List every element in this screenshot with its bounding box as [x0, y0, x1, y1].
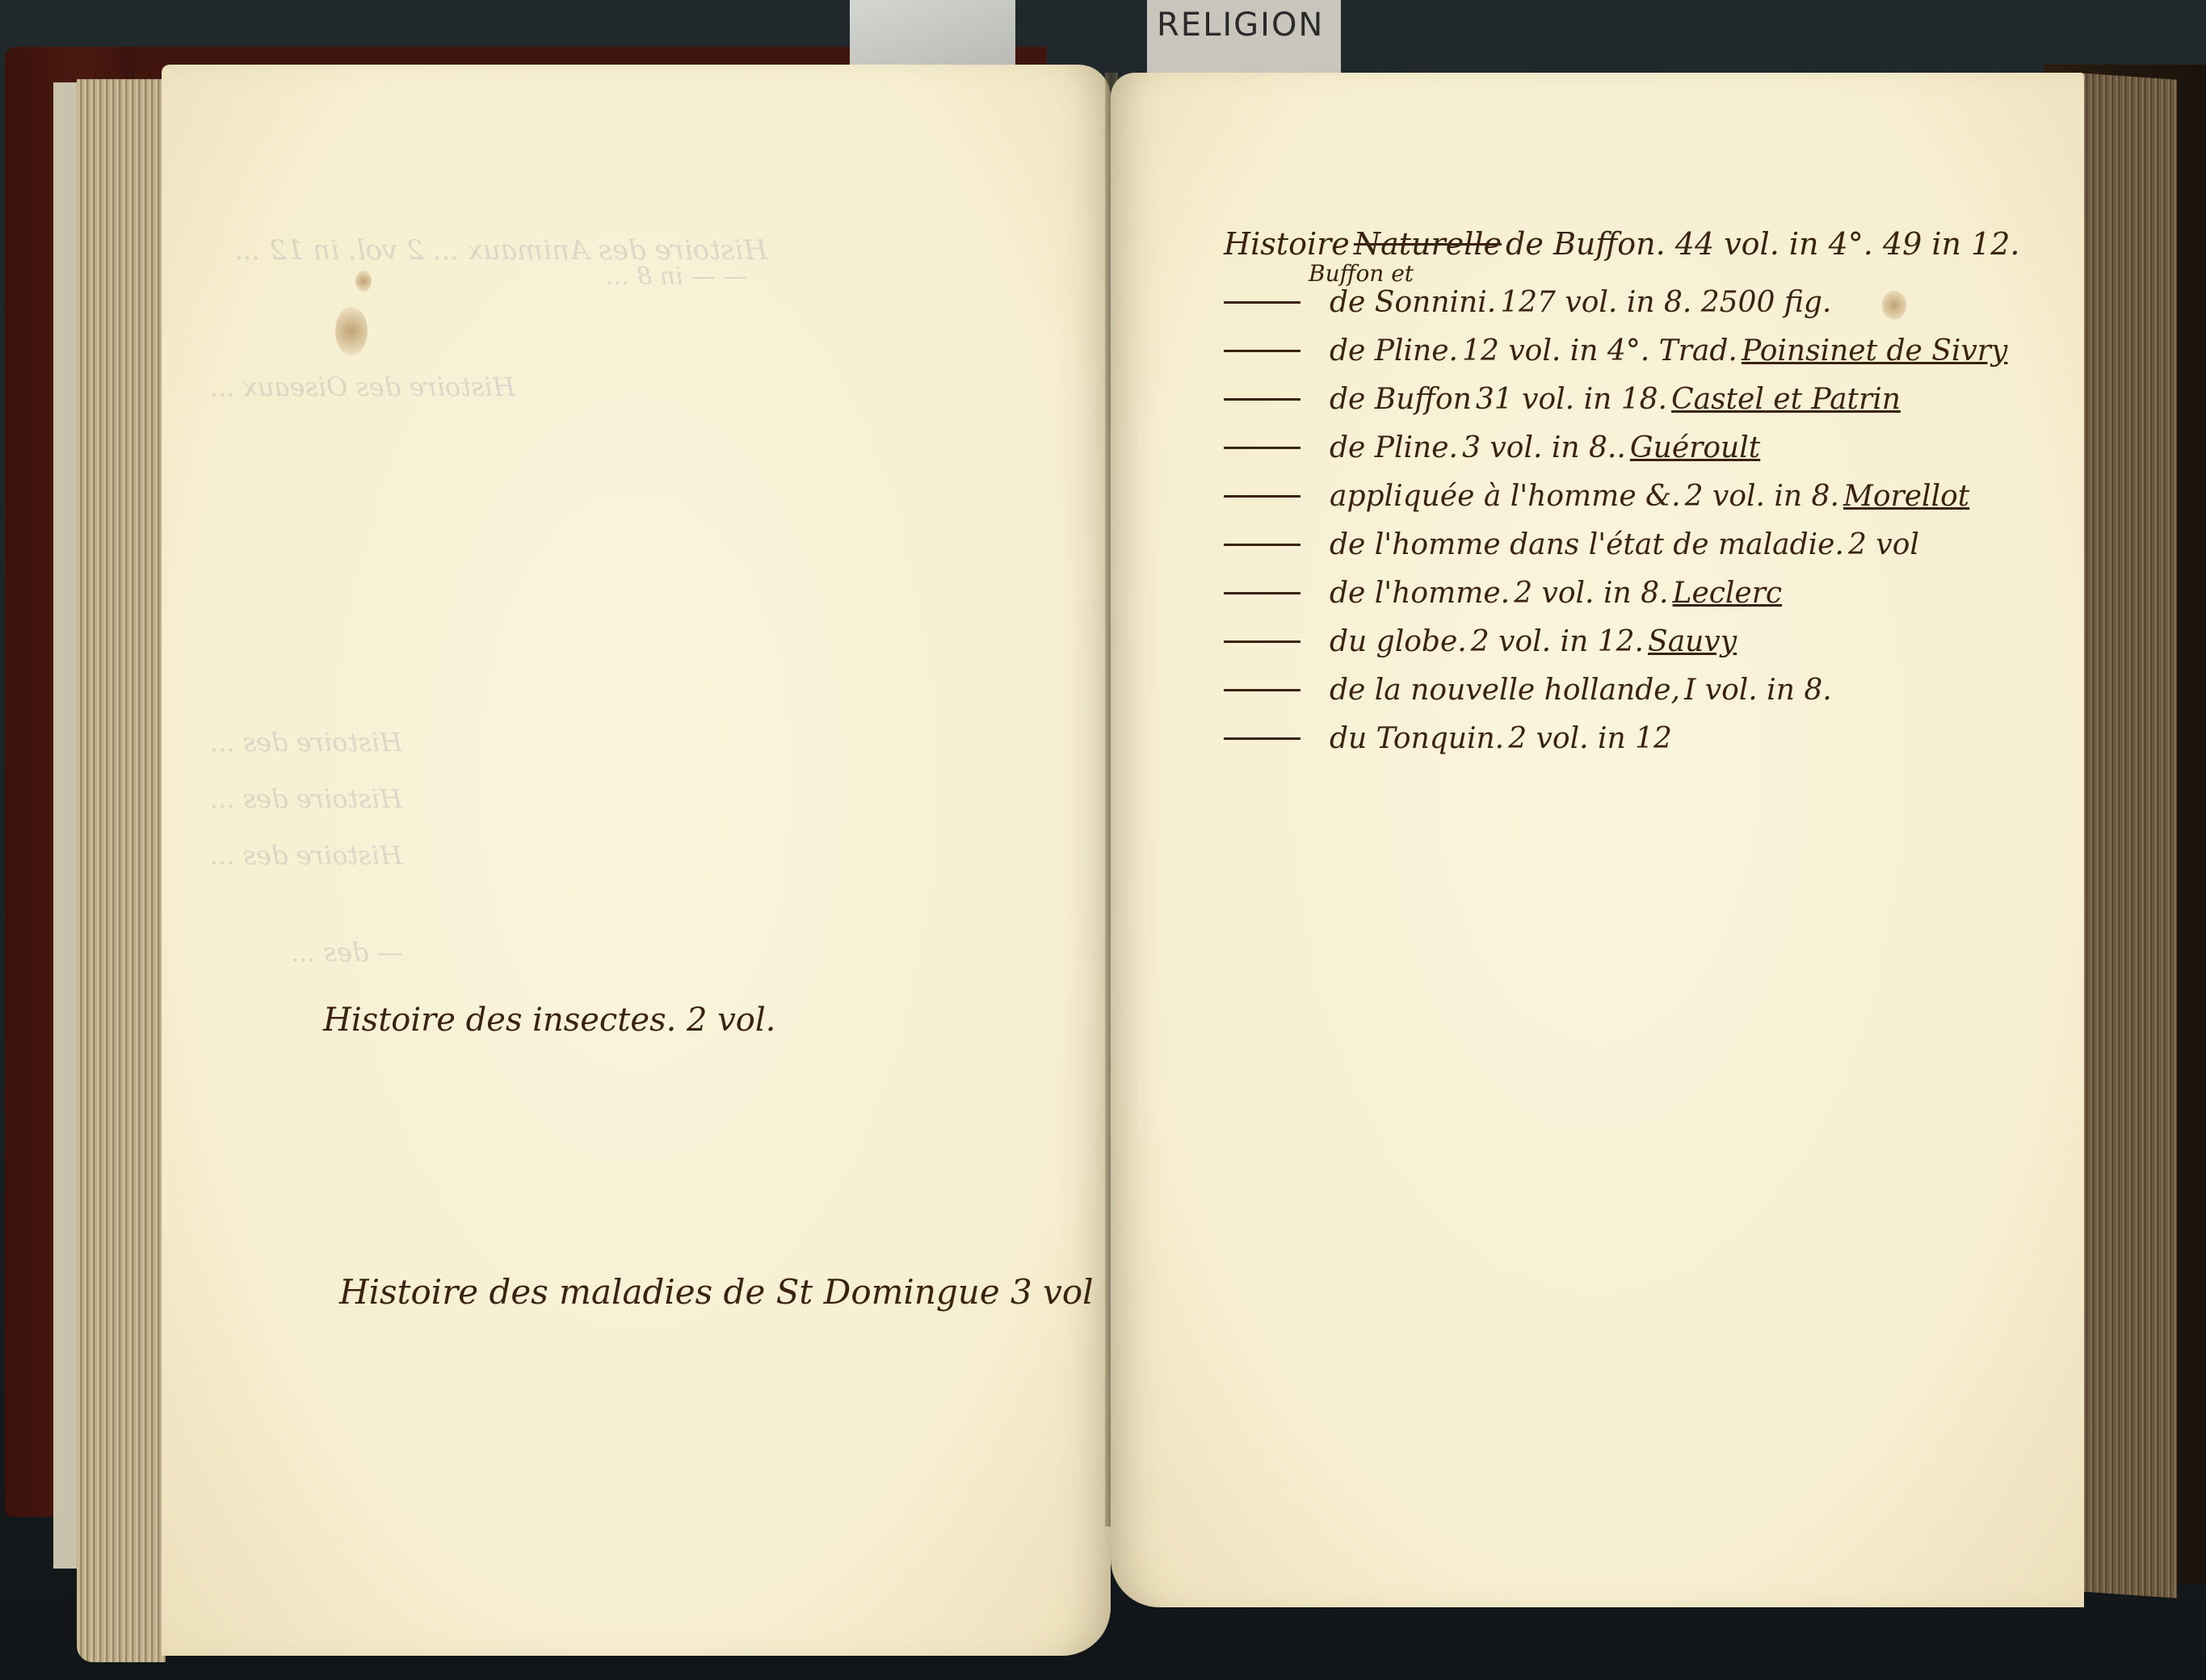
heading-rest: de Buffon. 44 vol. in 4°. 49 in 12.: [1506, 226, 2019, 262]
entry-details: 2 vol. in 12.: [1471, 625, 1644, 658]
left-entry-maladies: Histoire des maladies de St Domingue 3 v…: [339, 1272, 1094, 1312]
heading-prefix: Histoire: [1224, 226, 1350, 262]
entry-publisher: Sauvy: [1648, 625, 1737, 658]
entry-details: 12 vol. in 4°. Trad.: [1462, 334, 1737, 367]
heading-entry: Histoire Naturelle de Buffon. 44 vol. in…: [1224, 226, 2019, 275]
entry-title: du Tonquin.: [1330, 722, 1504, 755]
entry-details: 3 vol. in 8..: [1462, 431, 1626, 464]
entry-details: 127 vol. in 8. 2500 fig.: [1500, 286, 1831, 319]
entry-title: du globe.: [1330, 625, 1467, 658]
entry-publisher: Guéroult: [1630, 431, 1760, 464]
list-item: de Pline. 12 vol. in 4°. Trad. Poinsinet…: [1224, 334, 2019, 383]
list-item: de l'homme dans l'état de maladie. 2 vol: [1224, 528, 2019, 577]
list-item: de l'homme. 2 vol. in 8. Leclerc: [1224, 577, 2019, 625]
ditto-dash: [1224, 447, 1300, 449]
entry-publisher: Castel et Patrin: [1671, 383, 1901, 416]
entry-details: I vol. in 8.: [1684, 674, 1832, 707]
ditto-dash: [1224, 737, 1300, 740]
entry-details: 2 vol. in 8.: [1514, 577, 1668, 610]
entry-title: appliquée à l'homme &.: [1330, 480, 1681, 513]
bleed-through-line: Histoire des ...: [210, 727, 402, 758]
entry-publisher: Leclerc: [1673, 577, 1783, 610]
page-edges-left: [77, 79, 166, 1662]
entry-details: 31 vol. in 18.: [1476, 383, 1667, 416]
entry-title: de la nouvelle hollande,: [1330, 674, 1680, 707]
spine-label-tab: RELIGION: [1147, 0, 1341, 77]
entry-title: de Pline.: [1330, 334, 1458, 367]
list-item: appliquée à l'homme &. 2 vol. in 8. More…: [1224, 480, 2019, 528]
ditto-dash: [1224, 398, 1300, 401]
entry-publisher: Morellot: [1843, 480, 1969, 513]
ditto-dash: [1224, 350, 1300, 352]
ditto-dash: [1224, 592, 1300, 594]
bleed-through-line: Histoire des ...: [210, 783, 402, 814]
list-item: de la nouvelle hollande, I vol. in 8.: [1224, 674, 2019, 722]
ditto-dash: [1224, 544, 1300, 546]
entry-title: de Buffon: [1330, 383, 1472, 416]
entry-details: 2 vol: [1848, 528, 1919, 561]
list-item: de Buffon 31 vol. in 18. Castel et Patri…: [1224, 383, 2019, 431]
ditto-dash: [1224, 301, 1300, 304]
list-item: de Sonnini. 127 vol. in 8. 2500 fig.: [1224, 286, 2019, 334]
heading-struck-word: Naturelle: [1354, 226, 1502, 262]
bleed-through-line: — des ...: [291, 937, 403, 968]
entry-details: 2 vol. in 8.: [1685, 480, 1839, 513]
ditto-dash: [1224, 495, 1300, 498]
left-entry-insectes: Histoire des insectes. 2 vol.: [323, 1002, 775, 1039]
entry-title: de l'homme dans l'état de maladie.: [1330, 528, 1844, 561]
right-page-entry-list: Histoire Naturelle de Buffon. 44 vol. in…: [1224, 226, 2019, 771]
bleed-through-line: Histoire des Oiseaux ...: [210, 372, 515, 402]
list-item: du globe. 2 vol. in 12. Sauvy: [1224, 625, 2019, 674]
entry-title: de l'homme.: [1330, 577, 1510, 610]
entry-publisher: Poinsinet de Sivry: [1742, 334, 2007, 367]
entry-title: de Pline.: [1330, 431, 1458, 464]
entry-title: de Sonnini.: [1330, 286, 1496, 319]
ditto-dash: [1224, 640, 1300, 643]
bleed-through-line: Histoire des ...: [210, 840, 402, 871]
foxing-stain: [355, 271, 372, 292]
bleed-through-line: Histoire des Animaux ... 2 vol. in 12 ..…: [234, 234, 767, 267]
bleed-through-line: — — in 8 ...: [606, 262, 747, 291]
page-edges-right: [2076, 73, 2177, 1598]
list-item: du Tonquin. 2 vol. in 12: [1224, 722, 2019, 771]
left-page: Histoire des Animaux ... 2 vol. in 12 ..…: [162, 65, 1111, 1656]
blank-paper-tab: [850, 0, 1015, 66]
foxing-stain: [335, 307, 368, 355]
ditto-dash: [1224, 689, 1300, 691]
list-item: de Pline. 3 vol. in 8.. Guéroult: [1224, 431, 2019, 480]
entry-details: 2 vol. in 12: [1508, 722, 1672, 755]
